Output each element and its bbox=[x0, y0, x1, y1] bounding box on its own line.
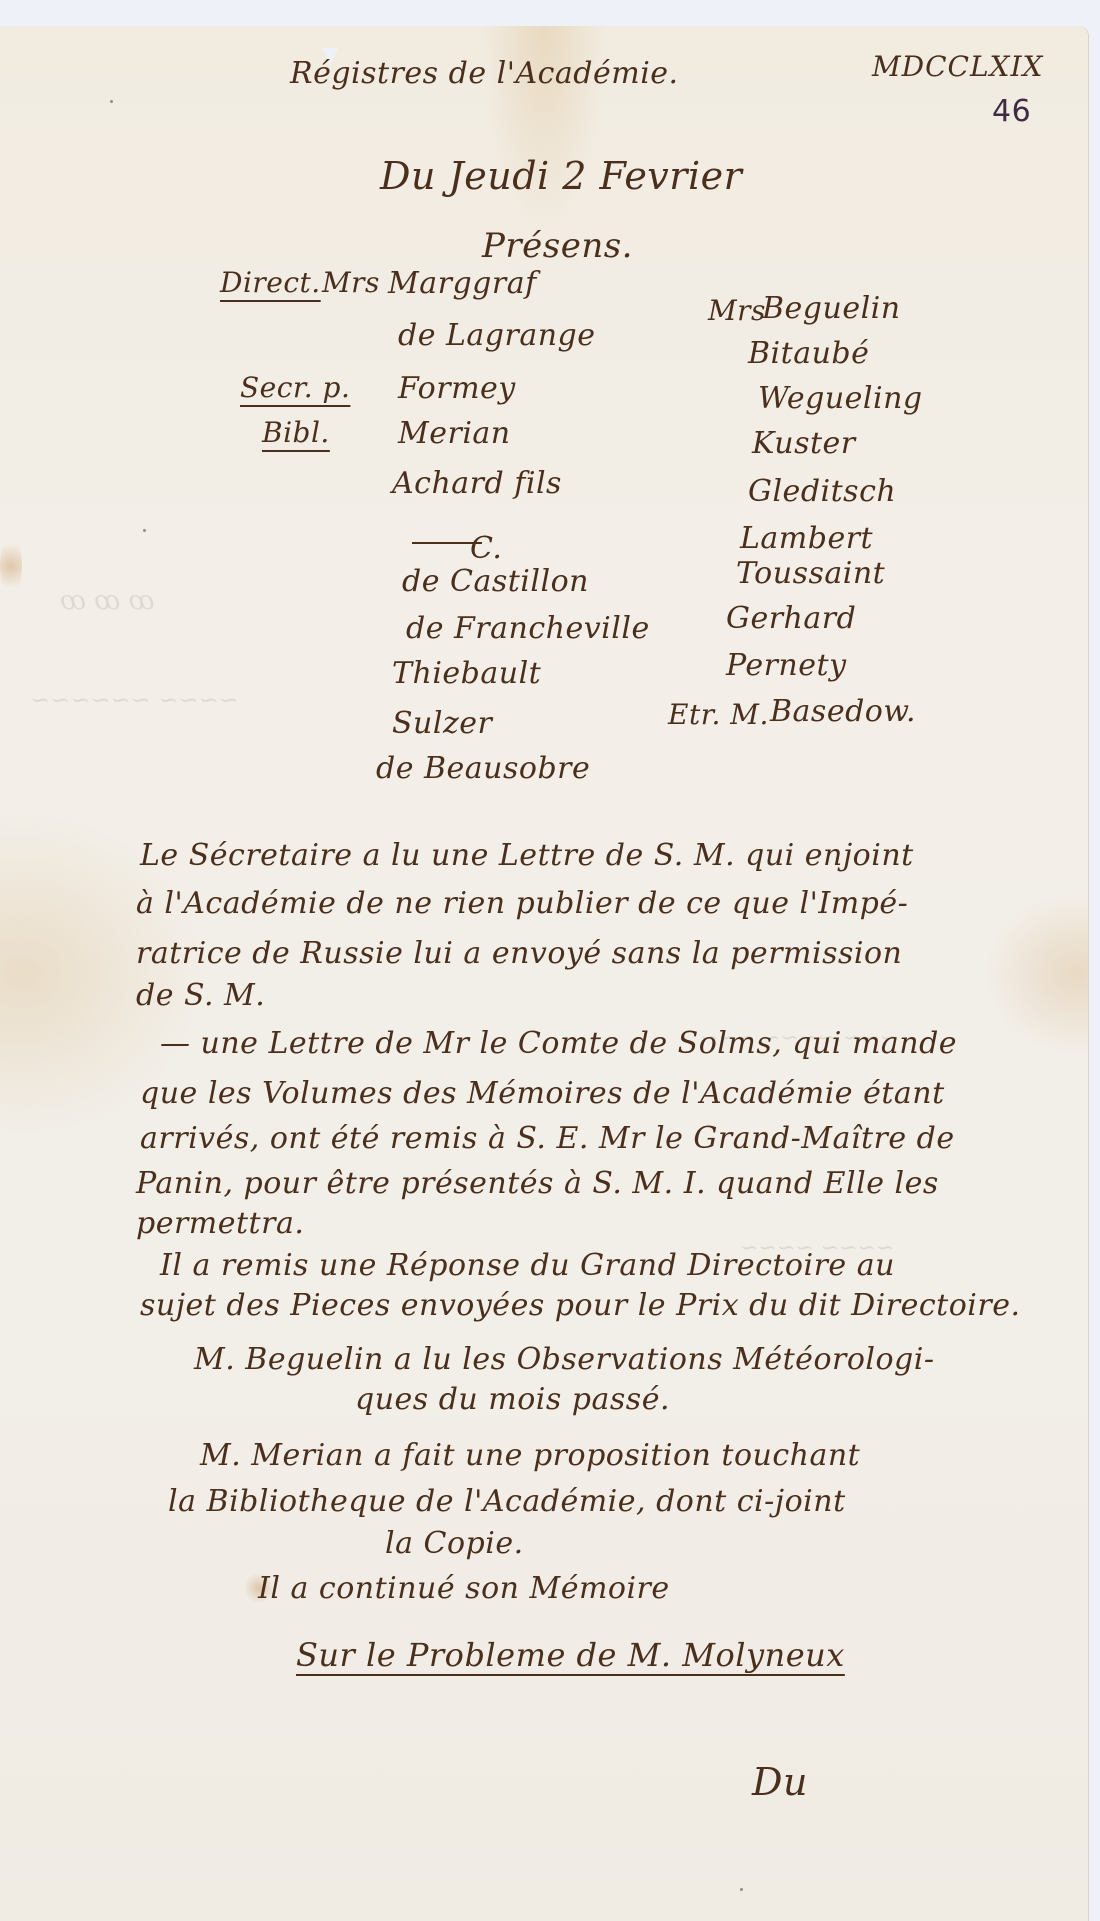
minutes-line: ratrice de Russie lui a envoyé sans la p… bbox=[136, 936, 902, 971]
minutes-line: M. Merian a fait une proposition touchan… bbox=[200, 1438, 860, 1473]
member-name: Bitaubé bbox=[748, 336, 869, 371]
minutes-line: Le Sécretaire a lu une Lettre de S. M. q… bbox=[140, 838, 914, 873]
minutes-line: Il a remis une Réponse du Grand Directoi… bbox=[160, 1248, 895, 1283]
paper-speck bbox=[143, 529, 146, 532]
minutes-line: — une Lettre de Mr le Comte de Solms, qu… bbox=[160, 1026, 957, 1061]
bleed-through-text: ~~~~ ~~~~~~ bbox=[30, 686, 239, 714]
running-title: Régistres de l'Académie. bbox=[290, 56, 679, 91]
minutes-line: que les Volumes des Mémoires de l'Académ… bbox=[140, 1076, 945, 1111]
folio-number: 46 bbox=[992, 94, 1031, 129]
member-name: C. bbox=[470, 531, 502, 566]
paper-speck bbox=[110, 100, 113, 103]
minutes-line: Panin, pour être présentés à S. M. I. qu… bbox=[136, 1166, 939, 1201]
member-name: Basedow. bbox=[770, 694, 916, 729]
minutes-line: la Copie. bbox=[385, 1526, 524, 1561]
member-name: Gerhard bbox=[726, 601, 856, 636]
age-stain bbox=[0, 536, 22, 596]
role-director: Direct. bbox=[220, 266, 321, 299]
role-secretary: Secr. p. bbox=[240, 371, 350, 404]
member-name: Achard fils bbox=[392, 466, 562, 501]
minutes-line: de S. M. bbox=[136, 978, 265, 1013]
member-name: Beguelin bbox=[762, 291, 901, 326]
member-name: Kuster bbox=[752, 426, 856, 461]
member-name: de Lagrange bbox=[398, 318, 596, 353]
minutes-line: permettra. bbox=[136, 1206, 304, 1241]
title-prefix: Etr. M. bbox=[668, 698, 769, 731]
minutes-line: à l'Académie de ne rien publier de ce qu… bbox=[136, 886, 908, 921]
minutes-line: la Bibliotheque de l'Académie, dont ci-j… bbox=[168, 1484, 846, 1519]
bleed-through-text: ꝏ ꝏ ꝏ bbox=[60, 586, 154, 616]
title-prefix: Mrs bbox=[708, 294, 766, 327]
member-name: Wegueling bbox=[758, 381, 923, 416]
present-heading: Présens. bbox=[482, 226, 633, 266]
member-name: Formey bbox=[398, 371, 516, 406]
member-name: de Francheville bbox=[406, 611, 650, 646]
member-name: Sulzer bbox=[392, 706, 492, 741]
title-prefix: Mrs bbox=[322, 266, 380, 299]
member-name: Merian bbox=[398, 416, 511, 451]
minutes-line: Il a continué son Mémoire bbox=[258, 1571, 670, 1606]
minutes-line: arrivés, ont été remis à S. E. Mr le Gra… bbox=[140, 1121, 955, 1156]
minutes-line: M. Beguelin a lu les Observations Météor… bbox=[194, 1342, 935, 1377]
catchword: Du bbox=[752, 1760, 808, 1804]
member-name: Thiebault bbox=[392, 656, 541, 691]
member-name: Gleditsch bbox=[748, 474, 896, 509]
member-name: de Beausobre bbox=[376, 751, 590, 786]
member-name: Toussaint bbox=[736, 556, 885, 591]
member-name: de Castillon bbox=[402, 564, 589, 599]
memoir-title: Sur le Probleme de M. Molyneux bbox=[296, 1636, 845, 1674]
manuscript-page: ꝏ ꝏ ꝏ ~~~~ ~~~~~~ ~~~ ~~~~ ~~~ ~~~~ ~~~~… bbox=[0, 26, 1088, 1921]
member-name: Pernety bbox=[726, 648, 847, 683]
paper-speck bbox=[740, 1888, 743, 1891]
member-name: Lambert bbox=[740, 521, 873, 556]
member-name: Marggraf bbox=[388, 266, 537, 301]
role-librarian: Bibl. bbox=[262, 416, 330, 449]
minutes-line: sujet des Pieces envoyées pour le Prix d… bbox=[140, 1288, 1021, 1323]
session-date: Du Jeudi 2 Fevrier bbox=[380, 154, 742, 198]
minutes-line: ques du mois passé. bbox=[355, 1382, 670, 1417]
header-year: MDCCLXIX bbox=[872, 50, 1044, 83]
